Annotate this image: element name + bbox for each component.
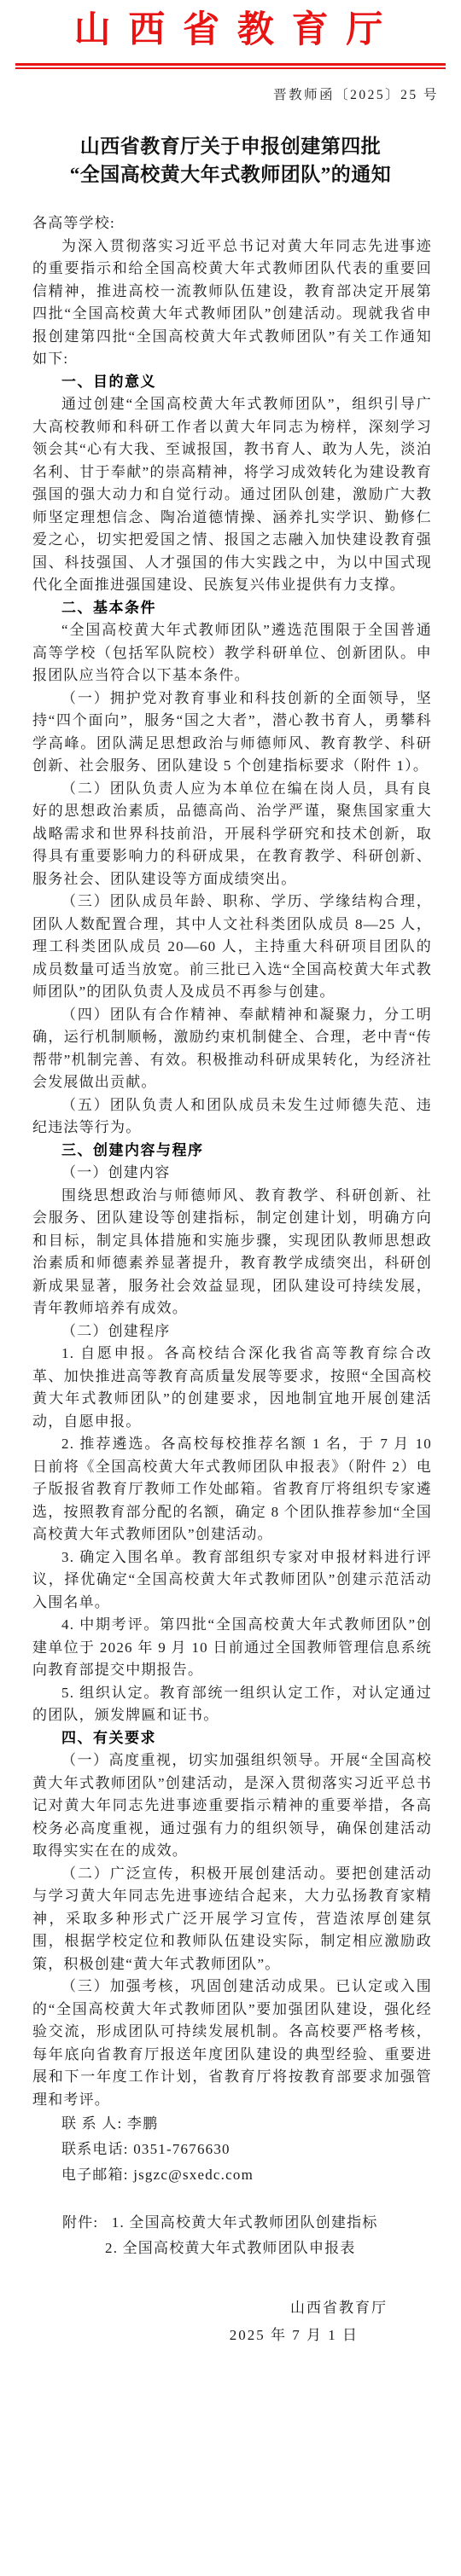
paragraph-condition-2: （二）团队负责人应为本单位在编在岗人员，具有良好的思想政治素质，品德高尚、治学严…	[32, 778, 432, 891]
contact-person-value: 李鹏	[127, 2115, 158, 2132]
title-line-2: “全国高校黄大年式教师团队”的通知	[70, 164, 392, 185]
paragraph-condition-1: （一）拥护党对教育事业和科技创新的全面领导，坚持“四个面向”，服务“国之大者”，…	[32, 688, 432, 778]
attachment-line-1: 附件: 1. 全国高校黄大年式教师团队创建指标	[62, 2210, 461, 2236]
section-heading-3: 三、创建内容与程序	[32, 1140, 432, 1163]
letterhead: 山 西 省 教 育 厅 晋教师函〔2025〕25 号	[0, 0, 461, 103]
contact-phone-value: 0351-7676630	[133, 2141, 230, 2157]
contact-person-line: 联 系 人: 李鹏	[32, 2111, 432, 2137]
contact-email-line: 电子邮箱: jsgzc@sxedc.com	[32, 2162, 432, 2188]
section-heading-1: 一、目的意义	[32, 371, 432, 394]
paragraph-intro: 为深入贯彻落实习近平总书记对黄大年同志先进事迹的重要指示和给全国高校黄大年式教师…	[32, 235, 432, 371]
title-line-1: 山西省教育厅关于申报创建第四批	[80, 136, 382, 157]
attachment-item-1: 1. 全国高校黄大年式教师团队创建指标	[112, 2214, 378, 2231]
paragraph-step-2: 2. 推荐遴选。各高校每校推荐名额 1 名，于 7 月 10 日前将《全国高校黄…	[32, 1433, 432, 1546]
signature-date: 2025 年 7 月 1 日	[0, 2324, 461, 2347]
agency-name-red-header: 山 西 省 教 育 厅	[0, 9, 461, 53]
paragraph-step-5: 5. 组织认定。教育部统一组织认定工作，对认定通过的团队，颁发牌匾和证书。	[32, 1682, 432, 1727]
paragraph-requirement-3: （三）加强考核，巩固创建活动成果。已认定或入围的“全国高校黄大年式教师团队”要加…	[32, 1976, 432, 2111]
salutation: 各高等学校:	[32, 212, 432, 235]
contact-email-value: jsgzc@sxedc.com	[133, 2167, 254, 2183]
subheading-content: （一）创建内容	[32, 1162, 432, 1185]
contact-block: 联 系 人: 李鹏 联系电话: 0351-7676630 电子邮箱: jsgzc…	[0, 2111, 461, 2188]
paragraph-scope: “全国高校黄大年式教师团队”遴选范围限于全国普通高等学校（包括军队院校）教学科研…	[32, 619, 432, 688]
paragraph-step-4: 4. 中期考评。第四批“全国高校黄大年式教师团队”创建单位于 2026 年 9 …	[32, 1614, 432, 1682]
document-body: 各高等学校: 为深入贯彻落实习近平总书记对黄大年同志先进事迹的重要指示和给全国高…	[0, 212, 461, 2111]
attachment-item-2: 2. 全国高校黄大年式教师团队申报表	[62, 2236, 461, 2261]
contact-phone-label: 联系电话:	[61, 2141, 129, 2157]
attachments-label: 附件:	[62, 2214, 98, 2231]
paragraph-purpose: 通过创建“全国高校黄大年式教师团队”，组织引导广大高校教师和科研工作者以黄大年同…	[32, 393, 432, 597]
contact-person-label: 联 系 人:	[61, 2115, 122, 2132]
document-title: 山西省教育厅关于申报创建第四批 “全国高校黄大年式教师团队”的通知	[17, 132, 444, 189]
signature-block: 山西省教育厅 2025 年 7 月 1 日	[0, 2297, 461, 2347]
contact-phone-line: 联系电话: 0351-7676630	[32, 2137, 432, 2162]
red-double-divider	[15, 63, 446, 69]
subheading-procedure: （二）创建程序	[32, 1320, 432, 1343]
paragraph-requirement-2: （二）广泛宣传，积极开展创建活动。要把创建活动与学习黄大年同志先进事迹结合起来，…	[32, 1863, 432, 1976]
paragraph-condition-4: （四）团队有合作精神、奉献精神和凝聚力，分工明确，运行机制顺畅，激励约束机制健全…	[32, 1004, 432, 1094]
paragraph-requirement-1: （一）高度重视，切实加强组织领导。开展“全国高校黄大年式教师团队”创建活动，是深…	[32, 1749, 432, 1863]
section-heading-4: 四、有关要求	[32, 1727, 432, 1750]
paragraph-condition-5: （五）团队负责人和团队成员未发生过师德失范、违纪违法等行为。	[32, 1094, 432, 1140]
document-number: 晋教师函〔2025〕25 号	[0, 84, 461, 103]
signature-agency: 山西省教育厅	[0, 2297, 461, 2319]
paragraph-condition-3: （三）团队成员年龄、职称、学历、学缘结构合理，团队人数配置合理，其中人文社科类团…	[32, 891, 432, 1004]
official-document-page: 山 西 省 教 育 厅 晋教师函〔2025〕25 号 山西省教育厅关于申报创建第…	[0, 0, 461, 2576]
paragraph-content: 围绕思想政治与师德师风、教育教学、科研创新、社会服务、团队建设等创建指标，制定创…	[32, 1185, 432, 1320]
attachments-block: 附件: 1. 全国高校黄大年式教师团队创建指标 2. 全国高校黄大年式教师团队申…	[0, 2210, 461, 2261]
paragraph-step-3: 3. 确定入围名单。教育部组织专家对申报材料进行评议，择优确定“全国高校黄大年式…	[32, 1546, 432, 1615]
section-heading-2: 二、基本条件	[32, 597, 432, 620]
contact-email-label: 电子邮箱:	[61, 2167, 129, 2183]
paragraph-step-1: 1. 自愿申报。各高校结合深化我省高等教育综合改革、加快推进高等教育高质量发展等…	[32, 1343, 432, 1433]
